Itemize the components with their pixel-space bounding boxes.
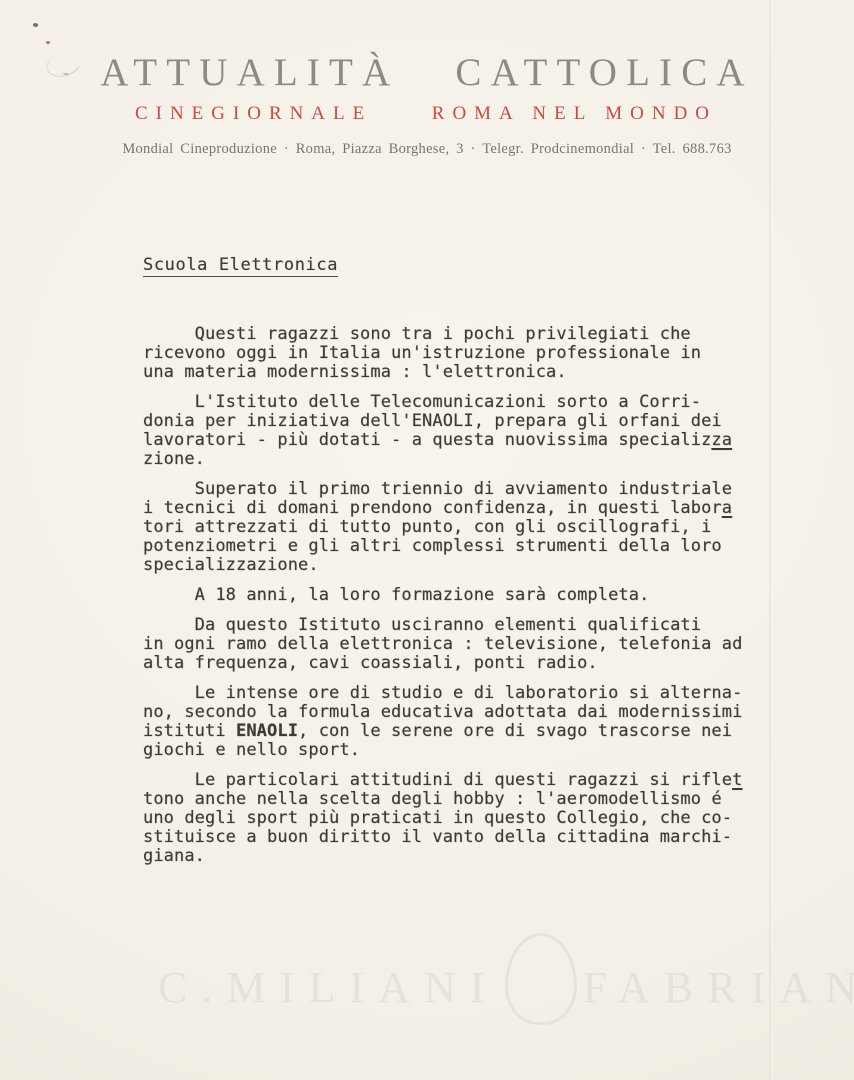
text-line: L'Istituto delle Telecomunicazioni sorto… [143, 393, 803, 412]
text-segment: i tecnici di domani prendono confidenza,… [143, 498, 722, 518]
text-line: lavoratori - più dotati - a questa nuovi… [143, 431, 803, 450]
paragraph: Superato il primo triennio di avviamento… [143, 480, 803, 575]
text-segment: ENAOLI [236, 721, 298, 741]
text-line: potenziometri e gli altri complessi stru… [143, 537, 803, 556]
text-line: in ogni ramo della elettronica : televis… [143, 635, 803, 654]
text-segment: stituisce a buon diritto il vanto della … [143, 827, 732, 847]
text-line: giochi e nello sport. [143, 741, 803, 760]
text-line: i tecnici di domani prendono confidenza,… [143, 499, 803, 518]
text-segment: lavoratori - più dotati - a questa nuovi… [143, 430, 711, 450]
letterhead-address: Mondial Cineproduzione · Roma, Piazza Bo… [0, 141, 854, 158]
paragraph: Questi ragazzi sono tra i pochi privileg… [143, 325, 803, 382]
text-segment: ricevono oggi in Italia un'istruzione pr… [143, 343, 701, 363]
paragraph: Le particolari attitudini di questi raga… [143, 771, 803, 866]
text-line: Le particolari attitudini di questi raga… [143, 771, 803, 790]
text-line: stituisce a buon diritto il vanto della … [143, 828, 803, 847]
text-segment: in ogni ramo della elettronica : televis… [143, 634, 742, 654]
text-line: zione. [143, 450, 803, 469]
text-segment: Da questo Istituto usciranno elementi qu… [143, 615, 701, 635]
watermark-right-text: FABRIANO [583, 962, 854, 1013]
text-segment: Le particolari attitudini di questi raga… [143, 770, 732, 790]
text-segment: istituti [143, 721, 236, 741]
text-line: Questi ragazzi sono tra i pochi privileg… [143, 325, 803, 344]
paragraph: Da questo Istituto usciranno elementi qu… [143, 616, 803, 673]
typed-body: Scuola Elettronica Questi ragazzi sono t… [143, 256, 803, 877]
text-line: una materia modernissima : l'elettronica… [143, 363, 803, 382]
text-line: istituti ENAOLI, con le serene ore di sv… [143, 722, 803, 741]
text-segment: giochi e nello sport. [143, 740, 360, 760]
text-segment: giana. [143, 846, 205, 866]
text-segment: , con le serene ore di svago trascorse n… [298, 721, 732, 741]
text-segment: potenziometri e gli altri complessi stru… [143, 536, 722, 556]
text-segment: no, secondo la formula educativa adottat… [143, 702, 742, 722]
paragraph: A 18 anni, la loro formazione sarà compl… [143, 586, 803, 605]
text-line: Le intense ore di studio e di laboratori… [143, 684, 803, 703]
watermark-crest-icon [505, 933, 577, 1025]
document-page: ATTUALITÀ CATTOLICA CINEGIORNALE ROMA NE… [0, 0, 854, 1080]
text-line: tono anche nella scelta degli hobby : l'… [143, 790, 803, 809]
letterhead-subtitle-left: CINEGIORNALE [135, 103, 372, 125]
text-line: no, secondo la formula educativa adottat… [143, 703, 803, 722]
text-segment: tori attrezzati di tutto punto, con gli … [143, 517, 711, 537]
text-line: donia per iniziativa dell'ENAOLI, prepar… [143, 412, 803, 431]
text-segment: uno degli sport più praticati in questo … [143, 808, 732, 828]
text-line: ricevono oggi in Italia un'istruzione pr… [143, 344, 803, 363]
text-segment: t [732, 770, 742, 790]
text-line: Superato il primo triennio di avviamento… [143, 480, 803, 499]
text-segment: A 18 anni, la loro formazione sarà compl… [143, 585, 649, 605]
text-segment: Le intense ore di studio e di laboratori… [143, 683, 742, 703]
text-line: tori attrezzati di tutto punto, con gli … [143, 518, 803, 537]
text-segment: za [711, 430, 732, 450]
text-segment: una materia modernissima : l'elettronica… [143, 362, 567, 382]
watermark-left-text: C.MILIANI [158, 962, 499, 1013]
text-line: specializzazione. [143, 556, 803, 575]
text-segment: alta frequenza, cavi coassiali, ponti ra… [143, 653, 598, 673]
text-segment: L'Istituto delle Telecomunicazioni sorto… [143, 392, 701, 412]
letterhead-title: ATTUALITÀ CATTOLICA [0, 50, 854, 95]
text-segment: zione. [143, 449, 205, 469]
text-segment: specializzazione. [143, 555, 319, 575]
letterhead-subtitle: CINEGIORNALE ROMA NEL MONDO [135, 103, 717, 125]
text-segment: a [722, 498, 732, 518]
text-segment: donia per iniziativa dell'ENAOLI, prepar… [143, 411, 722, 431]
paragraphs: Questi ragazzi sono tra i pochi privileg… [143, 325, 803, 866]
text-line: giana. [143, 847, 803, 866]
text-line: A 18 anni, la loro formazione sarà compl… [143, 586, 803, 605]
text-line: alta frequenza, cavi coassiali, ponti ra… [143, 654, 803, 673]
paper-speck [32, 22, 38, 28]
text-segment: Questi ragazzi sono tra i pochi privileg… [143, 324, 691, 344]
paragraph: Le intense ore di studio e di laboratori… [143, 684, 803, 760]
paragraph: L'Istituto delle Telecomunicazioni sorto… [143, 393, 803, 469]
document-heading-text: Scuola Elettronica [143, 256, 338, 277]
paper-speck [46, 41, 50, 44]
text-line: Da questo Istituto usciranno elementi qu… [143, 616, 803, 635]
text-segment: Superato il primo triennio di avviamento… [143, 479, 732, 499]
paper-watermark: C.MILIANI FABRIANO [158, 932, 758, 1042]
document-heading: Scuola Elettronica [143, 256, 803, 277]
text-segment: tono anche nella scelta degli hobby : l'… [143, 789, 722, 809]
text-line: uno degli sport più praticati in questo … [143, 809, 803, 828]
letterhead-subtitle-right: ROMA NEL MONDO [432, 103, 717, 125]
